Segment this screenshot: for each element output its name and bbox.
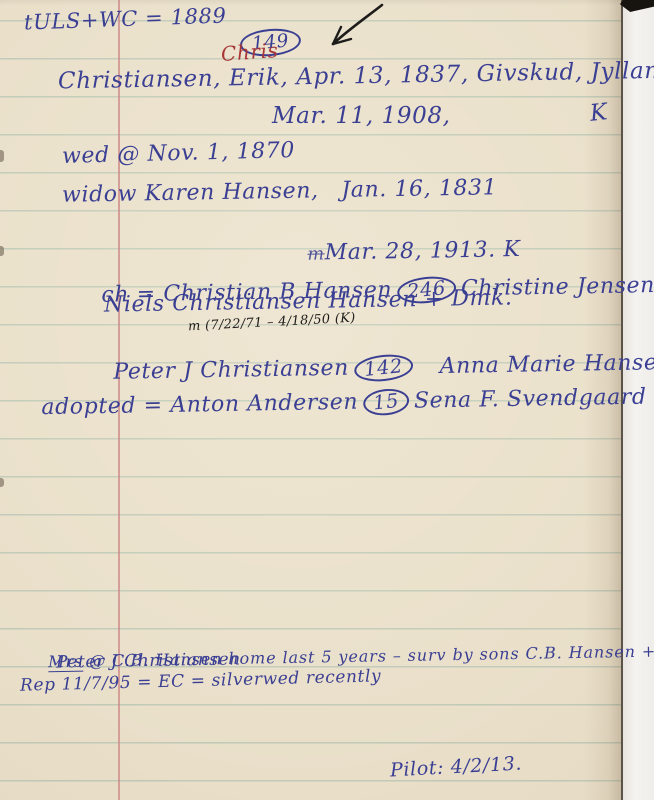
paper-edge-nick xyxy=(0,246,4,256)
adopted-child-name: Anton Andersen xyxy=(170,391,358,418)
footer-note-line2: Peter J Christiansen xyxy=(56,650,241,672)
church-mark: K xyxy=(589,100,609,127)
subject-death-line: Mar. 11, 1908, xyxy=(272,104,451,129)
adopted-child-spouse: Sena F. Svendgaard xyxy=(414,386,647,414)
paper-edge-nick xyxy=(0,478,4,487)
check-arrow-icon xyxy=(318,2,394,52)
circled-ref-15: 15 xyxy=(362,387,410,418)
adopted-label: adopted = xyxy=(41,394,170,420)
red-name-correction: Chris xyxy=(220,39,279,65)
paper-edge-nick xyxy=(0,150,4,162)
scanned-ledger-page: { "colors": { "ink_blue": "#3a3f93", "in… xyxy=(0,0,654,800)
